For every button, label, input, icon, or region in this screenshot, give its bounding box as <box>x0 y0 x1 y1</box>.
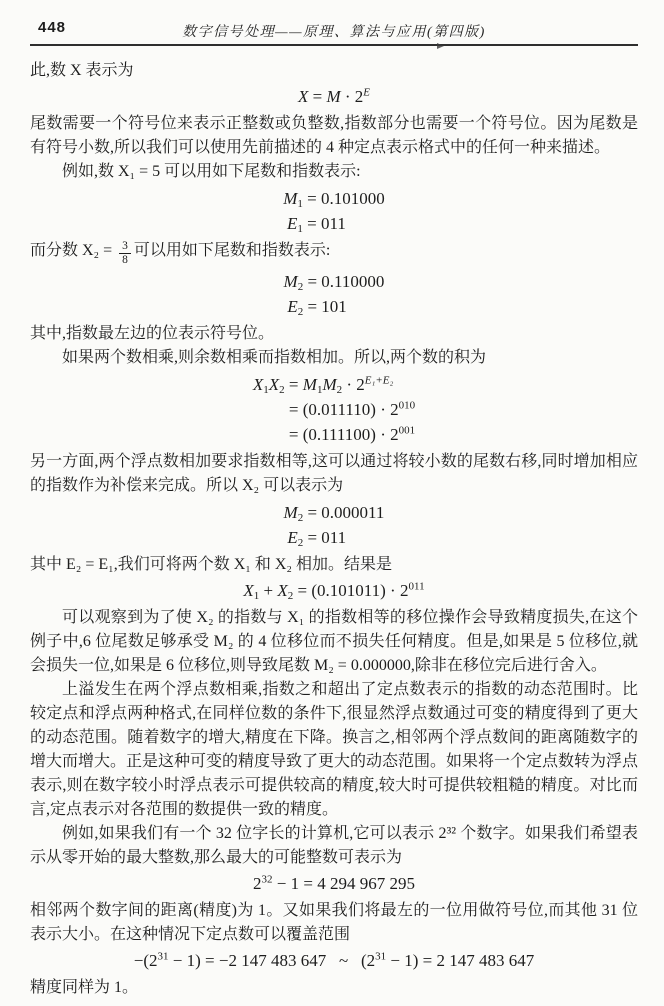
paragraph-example-x1: 例如,数 X₁ = 5 可以用如下尾数和指数表示: <box>30 160 638 184</box>
formula-signed-range-math: −(231 − 1) = −2 147 483 647 ~ (231 − 1) … <box>134 951 534 970</box>
formula-mantissa-m1: M1 = 0.101000 <box>283 187 385 210</box>
formula-product-line3-rhs: = (0.111100) · 2001 <box>285 423 415 446</box>
paragraph-32bit-example: 例如,如果我们有一个 32 位字长的计算机,它可以表示 2³² 个数字。如果我们… <box>30 822 638 870</box>
paragraph-multiply: 如果两个数相乘,则余数相乘而指数相加。所以,两个数的积为 <box>30 346 638 370</box>
formula-product-line1-rhs: = M1M2 · 2E₁+E₂ <box>285 373 415 396</box>
formula-e1-lhs: E1 <box>283 212 303 235</box>
paragraph-sign-bit: 尾数需要一个符号位来表示正整数或负整数,指数部分也需要一个符号位。因为尾数是有符… <box>30 112 638 160</box>
running-title: 数字信号处理——原理、算法与应用(第四版) <box>30 21 638 41</box>
paragraph-fraction-x2: 而分数 X₂ = 38可以用如下尾数和指数表示: <box>30 239 638 267</box>
paragraph-precision-loss: 可以观察到为了使 X₂ 的指数与 X₁ 的指数相等的移位操作会导致精度损失,在这… <box>30 606 638 678</box>
formula-m1-lhs: M1 <box>283 187 303 210</box>
formula-max-integer-math: 232 − 1 = 4 294 967 295 <box>253 874 415 893</box>
page-header: 448 数字信号处理——原理、算法与应用(第四版) <box>30 18 638 46</box>
formula-x-definition: X = M · 2E <box>30 85 638 110</box>
formula-product-line3: = (0.111100) · 2001 <box>253 423 415 446</box>
book-page: 448 数字信号处理——原理、算法与应用(第四版) 此,数 X 表示为 X = … <box>0 0 664 1006</box>
formula-sum: X1 + X2 = (0.101011) · 2011 <box>30 579 638 604</box>
formula-m2-lhs: M2 <box>284 270 304 293</box>
formula-m2b-rhs: = 0.000011 <box>303 501 384 524</box>
formula-e2-rhs: = 101 <box>303 295 384 318</box>
formula-e2-lhs: E2 <box>284 295 304 318</box>
paragraph-equal-exponents: 其中 E₂ = E₁,我们可将两个数 X₁ 和 X₂ 相加。结果是 <box>30 553 638 577</box>
paragraph-precision-one: 精度同样为 1。 <box>30 976 638 1000</box>
formula-exponent-e1: E1 = 011 <box>283 212 385 235</box>
fraction-paragraph-pre: 而分数 X₂ = <box>30 242 116 259</box>
paragraph-intro: 此,数 X 表示为 <box>30 59 638 83</box>
formula-e2b-rhs: = 011 <box>303 526 384 549</box>
formula-group-x2-shifted-table: M2 = 0.000011 E2 = 011 <box>284 499 385 551</box>
formula-max-integer: 232 − 1 = 4 294 967 295 <box>30 872 638 897</box>
paragraph-addition: 另一方面,两个浮点数相加要求指数相等,这可以通过将较小数的尾数右移,同时增加相应… <box>30 450 638 498</box>
formula-group-product-table: X1X2 = M1M2 · 2E₁+E₂ = (0.011110) · 2010… <box>253 371 415 448</box>
formula-m2-rhs: = 0.110000 <box>303 270 384 293</box>
formula-group-x2: M2 = 0.110000 E2 = 101 <box>30 268 638 320</box>
formula-m2b-lhs: M2 <box>284 501 304 524</box>
fraction-paragraph-post: 可以用如下尾数和指数表示: <box>134 242 330 259</box>
formula-group-x2-table: M2 = 0.110000 E2 = 101 <box>284 268 385 320</box>
scan-artifact-arrow <box>437 43 444 49</box>
fraction-denominator: 8 <box>119 254 131 267</box>
formula-e1-rhs: = 011 <box>303 212 385 235</box>
fraction-three-eighths: 38 <box>119 241 131 267</box>
paragraph-sign-leftmost: 其中,指数最左边的位表示符号位。 <box>30 322 638 346</box>
formula-product-line2-rhs: = (0.011110) · 2010 <box>285 398 415 421</box>
formula-group-x1: M1 = 0.101000 E1 = 011 <box>30 185 638 237</box>
formula-exponent-e2-shifted: E2 = 011 <box>284 526 385 549</box>
paragraph-overflow-dynamic-range: 上溢发生在两个浮点数相乘,指数之和超出了定点数表示的指数的动态范围时。比较定点和… <box>30 678 638 822</box>
formula-product-line2-lhs <box>253 398 285 421</box>
formula-product-line3-lhs <box>253 423 285 446</box>
formula-exponent-e2: E2 = 101 <box>284 295 385 318</box>
formula-mantissa-m2: M2 = 0.110000 <box>284 270 385 293</box>
formula-product-line1-lhs: X1X2 <box>253 373 285 396</box>
formula-product-line1: X1X2 = M1M2 · 2E₁+E₂ <box>253 373 415 396</box>
formula-e2b-lhs: E2 <box>284 526 304 549</box>
paragraph-distance-precision: 相邻两个数字间的距离(精度)为 1。又如果我们将最左的一位用做符号位,而其他 3… <box>30 899 638 947</box>
formula-product-line2: = (0.011110) · 2010 <box>253 398 415 421</box>
formula-group-product: X1X2 = M1M2 · 2E₁+E₂ = (0.011110) · 2010… <box>30 371 638 448</box>
formula-group-x2-shifted: M2 = 0.000011 E2 = 011 <box>30 499 638 551</box>
formula-signed-range: −(231 − 1) = −2 147 483 647 ~ (231 − 1) … <box>30 949 638 974</box>
formula-group-x1-table: M1 = 0.101000 E1 = 011 <box>283 185 385 237</box>
formula-sum-math: X1 + X2 = (0.101011) · 2011 <box>243 581 424 600</box>
formula-x-definition-math: X = M · 2E <box>298 87 370 106</box>
formula-m1-rhs: = 0.101000 <box>303 187 385 210</box>
formula-mantissa-m2-shifted: M2 = 0.000011 <box>284 501 385 524</box>
fraction-numerator: 3 <box>119 241 131 255</box>
